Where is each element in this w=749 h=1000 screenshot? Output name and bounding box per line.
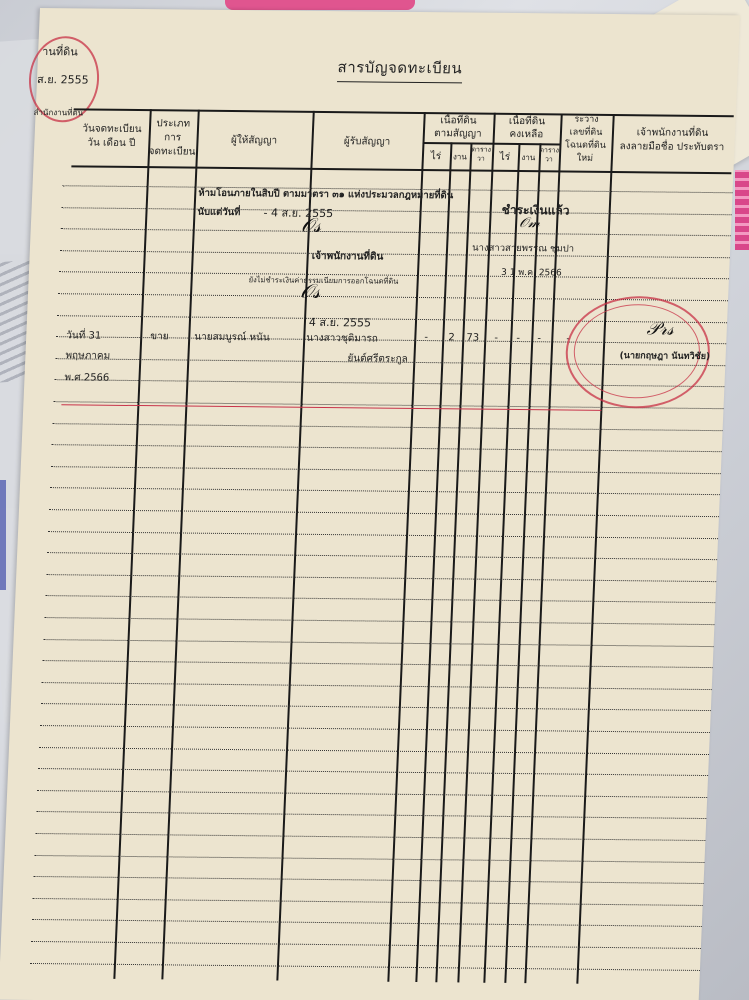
header-area-remaining-title2: คงเหลือ (493, 128, 561, 142)
entry-date-day: วันที่ 31 (66, 328, 102, 343)
header-date-line2: วัน เดือน ปี (74, 136, 149, 151)
entry-type: ขาย (150, 329, 169, 344)
row-rule (50, 488, 720, 496)
row-rule (34, 855, 704, 863)
header-new-deed: ระวาง เลขที่ดิน โฉนดที่ดิน ใหม่ (559, 113, 613, 166)
entry-remain-wa: - (537, 333, 541, 344)
entry-date-month: พฤษภาคม (65, 348, 110, 363)
row-rule (60, 250, 730, 258)
restriction-date: - 4 ส.ย. 2555 (263, 203, 333, 222)
restriction-since-label: นับแต่วันที่ (197, 205, 241, 220)
page-title: สารบัญจดทะเบียน (337, 55, 463, 83)
header-officer: เจ้าพนักงานที่ดิน ลงลายมือชื่อ ประทับตรา (611, 126, 733, 155)
row-rule (44, 617, 714, 625)
entry-grantee-line2: ยันต์ศรีตระกูล (347, 351, 408, 367)
column-divider (415, 142, 452, 982)
row-rule (44, 639, 714, 647)
entry-grantor: นายสมบูรณ์ หนัน (194, 330, 270, 346)
row-rule (43, 660, 713, 668)
row-rule (53, 423, 723, 431)
entry-grantee-line1: นางสาวชุติมารถ (306, 331, 378, 347)
header-ngan: งาน (450, 150, 471, 164)
row-rule (31, 941, 701, 949)
header-bottom-border (71, 165, 731, 173)
row-rule (41, 703, 711, 711)
row-rule (48, 531, 718, 539)
header-area-contract: เนื้อที่ดิน ตามสัญญา (423, 114, 494, 141)
header-type: ประเภท การ จดทะเบียน (148, 117, 198, 159)
officer-signature-3: 𝒫𝓇𝓈 (646, 318, 674, 339)
row-rule (52, 444, 722, 452)
row-rule (30, 963, 700, 971)
header-officer-line2: ลงลายมือชื่อ ประทับตรา (611, 140, 733, 155)
header-new-deed-line3: โฉนดที่ดิน (559, 139, 612, 153)
row-rule (39, 747, 709, 755)
row-rule (42, 682, 712, 690)
row-rule (34, 876, 704, 884)
header-type-line3: จดทะเบียน (148, 145, 197, 159)
header-grantor: ผู้ให้สัญญา (196, 134, 312, 149)
paid-date: 3 1 พ.ค. 2566 (501, 265, 562, 280)
stamp-date: ส.ย. 2555 (37, 70, 89, 89)
header-remaining-rai: ไร่ (492, 151, 519, 165)
header-grantee: ผู้รับสัญญา (311, 135, 423, 150)
paid-initials: 𝒪𝓂 (519, 215, 540, 231)
row-rule (47, 552, 717, 560)
restriction-note: ห้ามโอนภายในสิบปี ตามมาตรา ๓๑ แห่งประมวล… (198, 186, 454, 204)
entry-contract-ngan: 2 (448, 332, 455, 343)
header-type-line2: การ (148, 131, 197, 145)
stamp-arc-text: านที่ดิน (42, 42, 78, 60)
header-date: วันจดทะเบียน วัน เดือน ปี (74, 122, 149, 151)
column-divider (276, 111, 314, 981)
row-rule (32, 919, 702, 927)
header-officer-line1: เจ้าพนักงานที่ดิน (612, 126, 734, 141)
fee-unpaid-note: ยังไม่ชำระเงินค่าธรรมเนียมการออกโฉนดที่ด… (248, 274, 398, 288)
column-divider (576, 114, 614, 984)
header-remaining-ngan: งาน (518, 151, 540, 165)
row-rule (51, 466, 721, 474)
row-rule (35, 833, 705, 841)
background-pink-tab (735, 170, 749, 250)
registration-index-page: สารบัญจดทะเบียน านที่ดิน ส.ย. 2555 สำนัก… (0, 8, 740, 1000)
column-divider (161, 110, 199, 980)
entry-contract-wa: 73 (466, 332, 479, 343)
row-rule (38, 768, 708, 776)
header-new-deed-line2: เลขที่ดิน (560, 126, 613, 140)
header-new-deed-line1: ระวาง (560, 113, 613, 127)
row-rule (45, 595, 715, 603)
header-type-line1: ประเภท (149, 117, 198, 131)
row-rule (46, 574, 716, 582)
header-area-remaining-title1: เนื้อที่ดิน (493, 115, 561, 129)
header-area-remaining: เนื้อที่ดิน คงเหลือ (493, 115, 561, 142)
background-pink-strip (225, 0, 415, 10)
header-new-deed-line4: ใหม่ (559, 152, 612, 166)
row-rule (33, 898, 703, 906)
entry-remain-ngan: - (516, 333, 520, 344)
header-rai: ไร่ (422, 150, 451, 164)
row-rule (62, 207, 732, 215)
entry-remain-rai: - (494, 333, 498, 344)
entry-date-year: พ.ศ.2566 (64, 370, 109, 385)
header-remaining-wa: ตารางวา (539, 146, 560, 164)
officer-signature-2: 𝒪𝓈 (300, 279, 321, 303)
row-rule (40, 725, 710, 733)
officer-name: (นายกฤษฎา นันทวิชัย) (619, 348, 710, 363)
row-rule (49, 509, 719, 517)
column-divider (113, 109, 151, 979)
paid-by-name: นางสาวสายพรรณ ชุมปา (472, 241, 575, 257)
header-area-contract-title1: เนื้อที่ดิน (423, 114, 494, 128)
fee-note-date: 4 ส.ย. 2555 (309, 313, 372, 332)
column-divider (435, 143, 472, 983)
row-rule (37, 790, 707, 798)
header-date-line1: วันจดทะเบียน (75, 122, 150, 137)
officer-label: เจ้าพนักงานที่ดิน (311, 249, 383, 265)
row-rule (61, 228, 731, 236)
entry-contract-rai: - (424, 332, 428, 343)
header-area-contract-title2: ตามสัญญา (423, 127, 494, 141)
table-top-border (74, 108, 734, 116)
row-rule (36, 811, 706, 819)
officer-signature-1: 𝒪𝓈 (301, 213, 322, 237)
column-divider (387, 112, 425, 982)
header-wa: ตารางวา (470, 146, 493, 164)
